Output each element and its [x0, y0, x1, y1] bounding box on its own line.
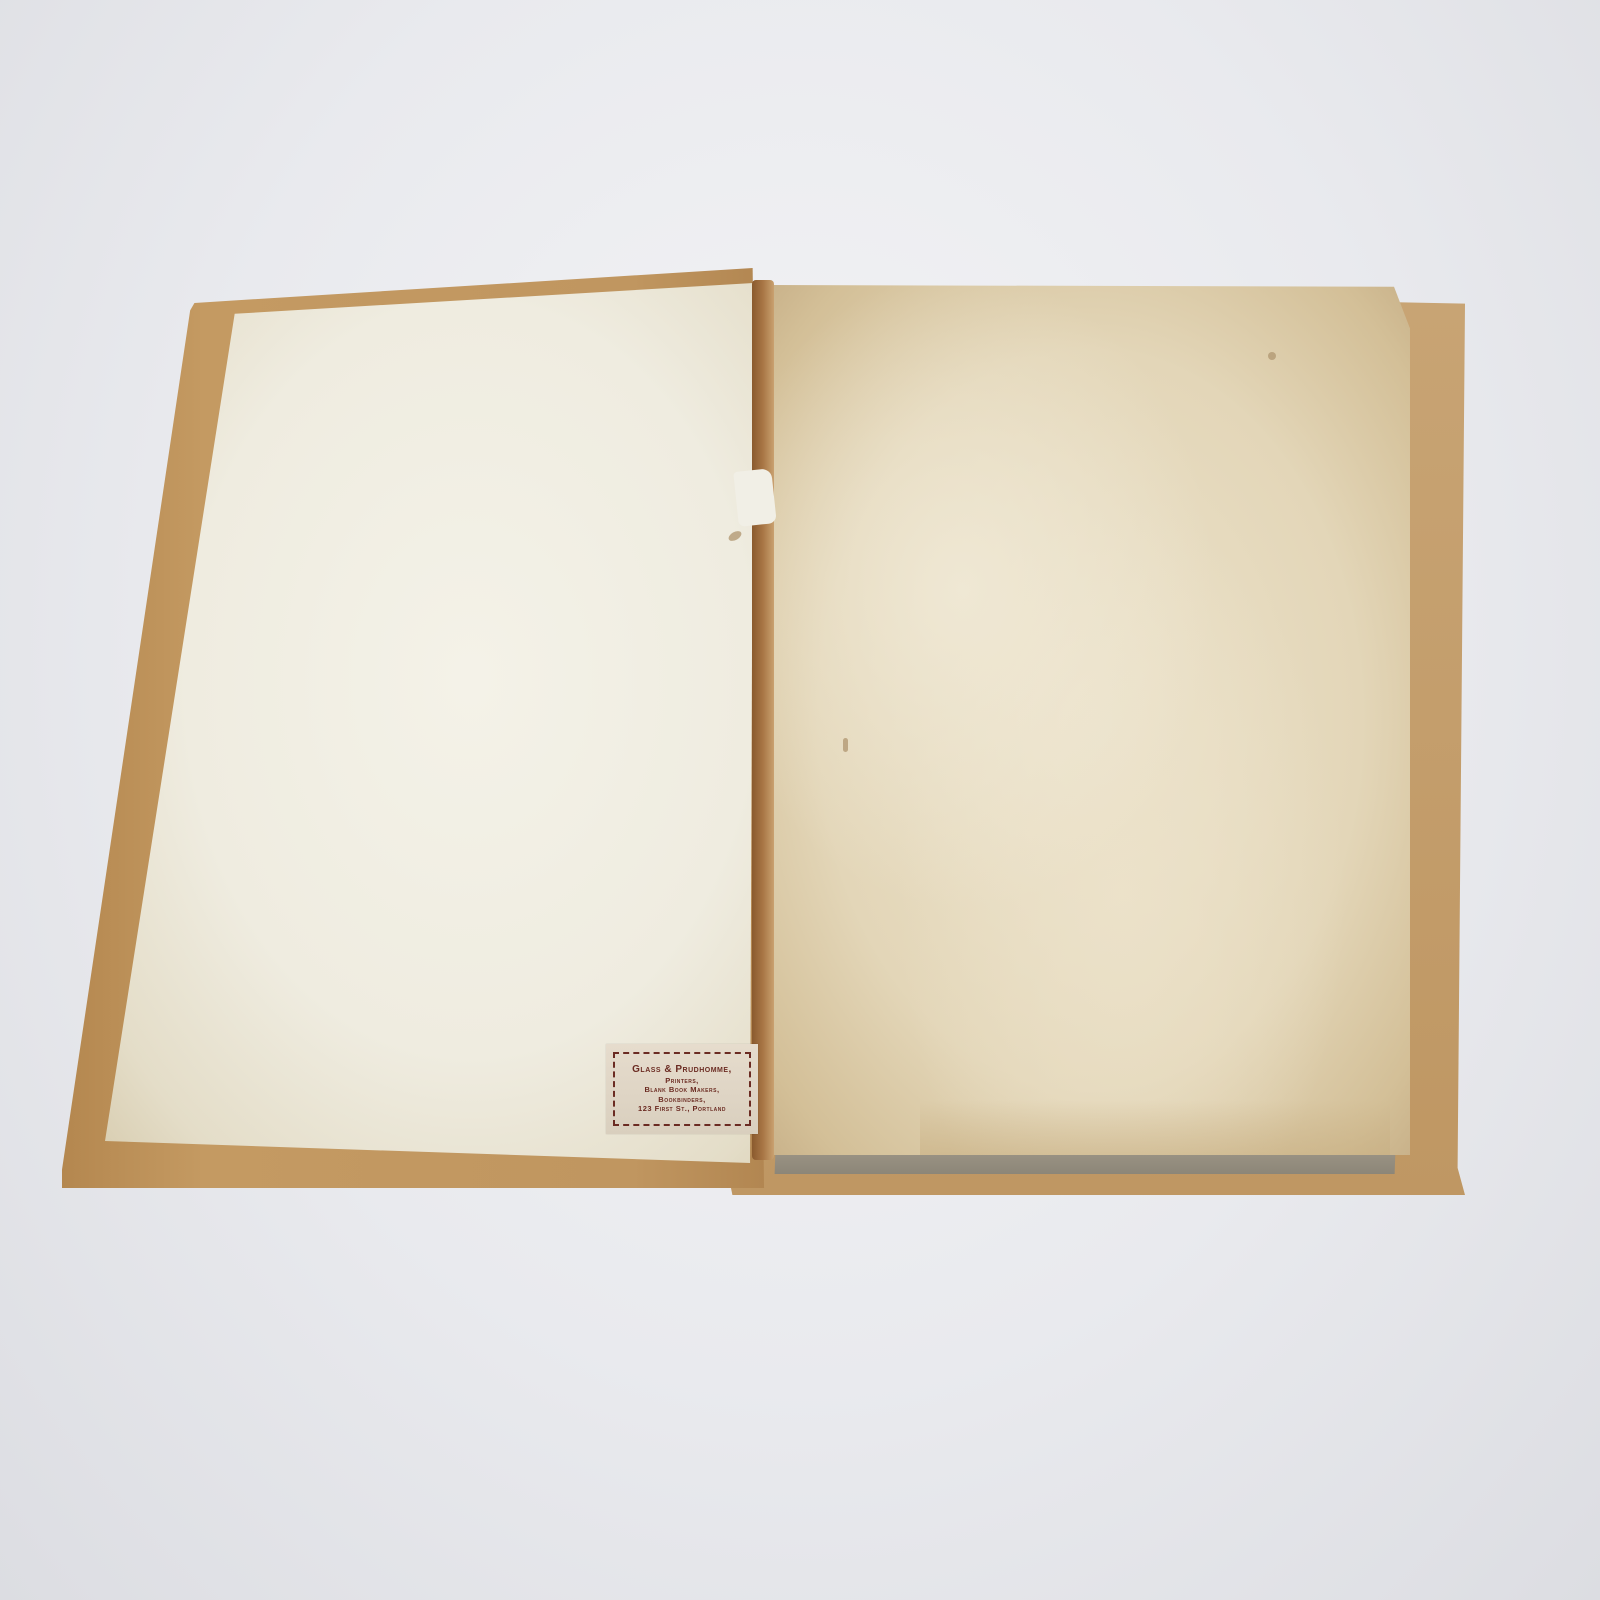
right-flyleaf-page	[770, 285, 1410, 1155]
stain-spot	[1268, 352, 1276, 360]
bookbinder-label: Glass & Prudhomme, Printers, Blank Book …	[606, 1044, 758, 1134]
label-trade-3: Bookbinders,	[658, 1096, 705, 1105]
photo-scene: Glass & Prudhomme, Printers, Blank Book …	[0, 0, 1600, 1600]
page-block-edge	[775, 1152, 1396, 1174]
label-binder-name: Glass & Prudhomme,	[632, 1064, 732, 1076]
stain-spot	[843, 738, 848, 752]
hinge-tear	[733, 468, 777, 527]
foxing-stain	[920, 1100, 1390, 1155]
label-address: 123 First St., Portland	[638, 1105, 726, 1114]
label-dashed-border: Glass & Prudhomme, Printers, Blank Book …	[613, 1052, 751, 1126]
spine-hinge	[752, 280, 774, 1160]
label-trade-1: Printers,	[665, 1077, 699, 1086]
label-trade-2: Blank Book Makers,	[644, 1086, 719, 1095]
